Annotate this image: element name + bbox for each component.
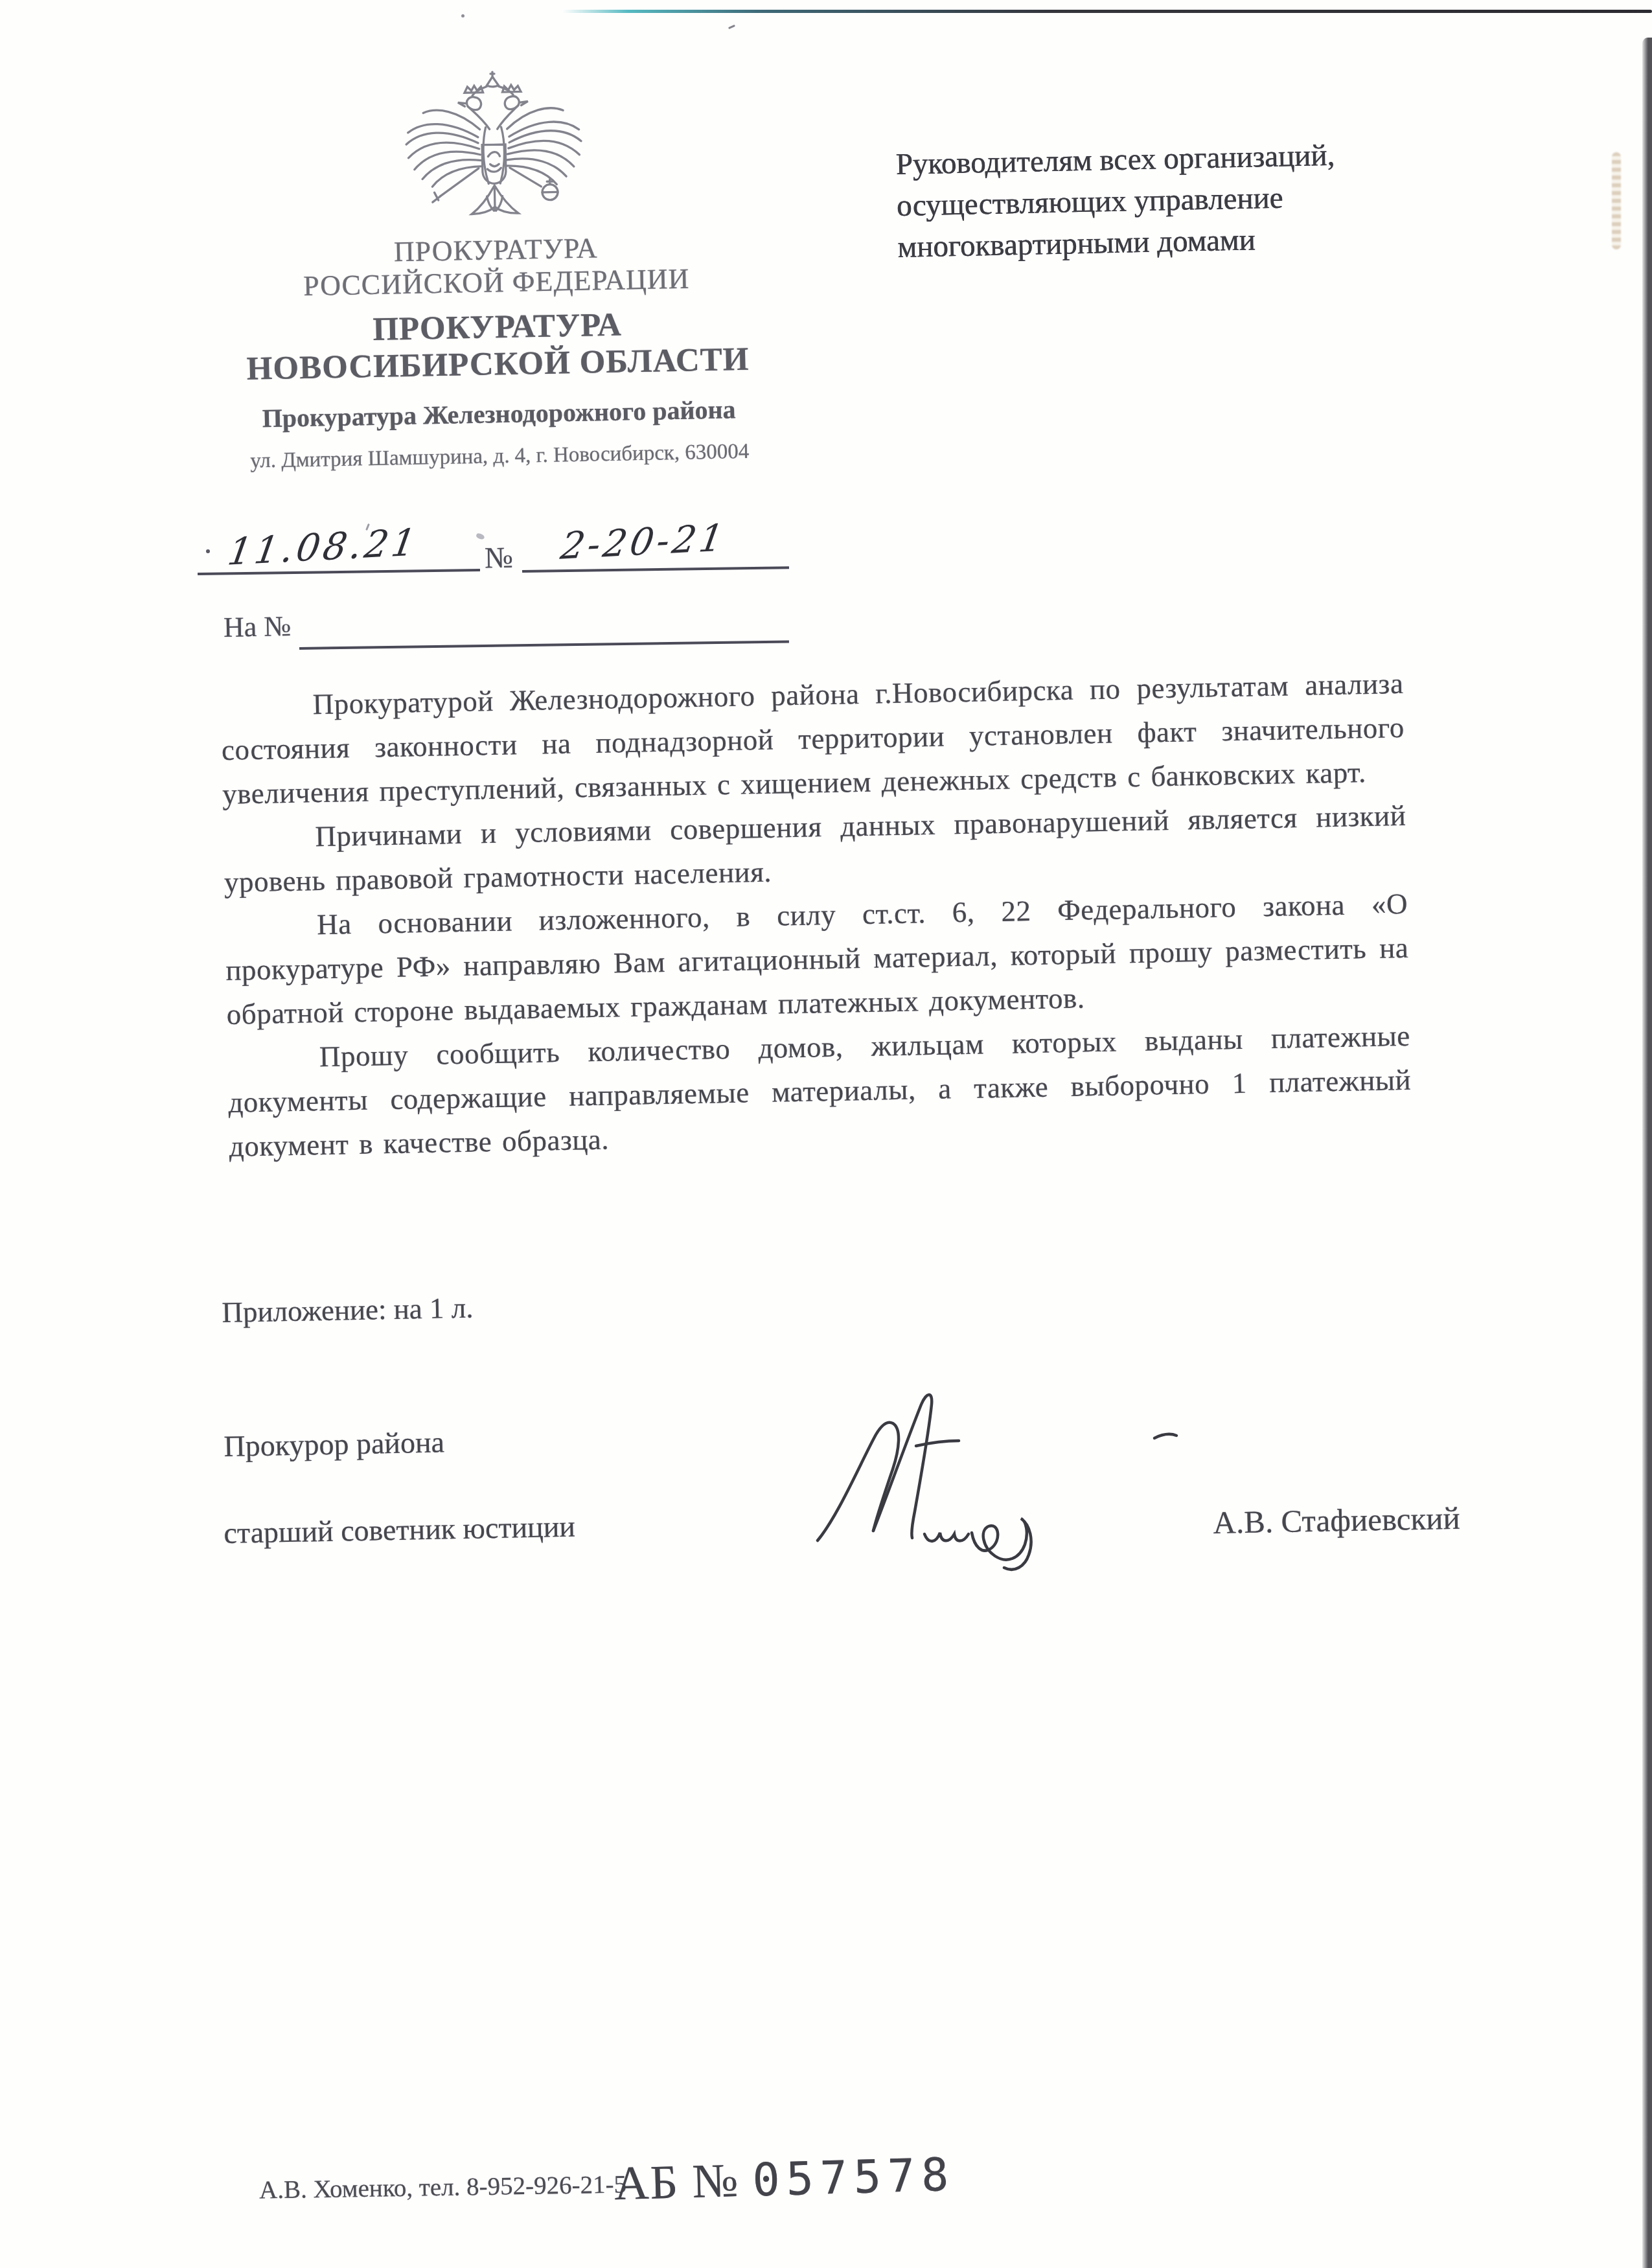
stamp-series: АБ № [614, 2154, 740, 2210]
handwritten-signature-icon [811, 1384, 1187, 1578]
scanned-letter-page: ПРОКУРАТУРА РОССИЙСКОЙ ФЕДЕРАЦИИ ПРОКУРА… [0, 0, 1652, 2268]
scanner-edge-line [562, 10, 1652, 13]
reply-to-number-label: На № [224, 610, 292, 644]
scan-speck [206, 549, 210, 553]
paragraph: Прошу сообщить количество домов, жильцам… [227, 1014, 1412, 1169]
russia-coat-of-arms-icon [395, 69, 593, 236]
letterhead-address: ул. Дмитрия Шамшурина, д. 4, г. Новосиби… [208, 439, 792, 474]
scan-smudge [1612, 152, 1621, 249]
scan-speck [476, 533, 485, 540]
scanner-edge-shadow [1642, 38, 1652, 2268]
attachment-note: Приложение: на 1 л. [222, 1291, 474, 1329]
paragraph: Прокуратурой Железнодорожного района г.Н… [220, 661, 1406, 816]
paragraph: На основании изложенного, в силу ст.ст. … [225, 882, 1410, 1037]
handwritten-outgoing-number: 2-20-21 [558, 516, 729, 568]
signer-position-line2: старший советник юстиции [224, 1509, 575, 1550]
signer-position-line1: Прокурор района [224, 1425, 444, 1463]
scan-speck [728, 25, 735, 29]
addressee-block: Руководителям всех организаций, осуществ… [895, 131, 1507, 268]
letterhead: ПРОКУРАТУРА РОССИЙСКОЙ ФЕДЕРАЦИИ ПРОКУРА… [201, 65, 792, 474]
letter-body: Прокуратурой Железнодорожного района г.Н… [220, 661, 1412, 1169]
district-prosecutor-name: Прокуратура Железнодорожного района [207, 393, 791, 435]
handwritten-date: 11.08.21 [225, 521, 422, 574]
form-number-stamp: АБ № 057578 [614, 2148, 956, 2212]
executor-contact: А.В. Хоменко, тел. 8-952-926-21-5 [259, 2170, 627, 2205]
signer-name: А.В. Стафиевский [1213, 1500, 1460, 1541]
number-sign-label: № [485, 540, 514, 575]
reply-number-underline [299, 640, 789, 650]
scan-speck [461, 14, 465, 17]
stamp-number: 057578 [751, 2148, 956, 2207]
